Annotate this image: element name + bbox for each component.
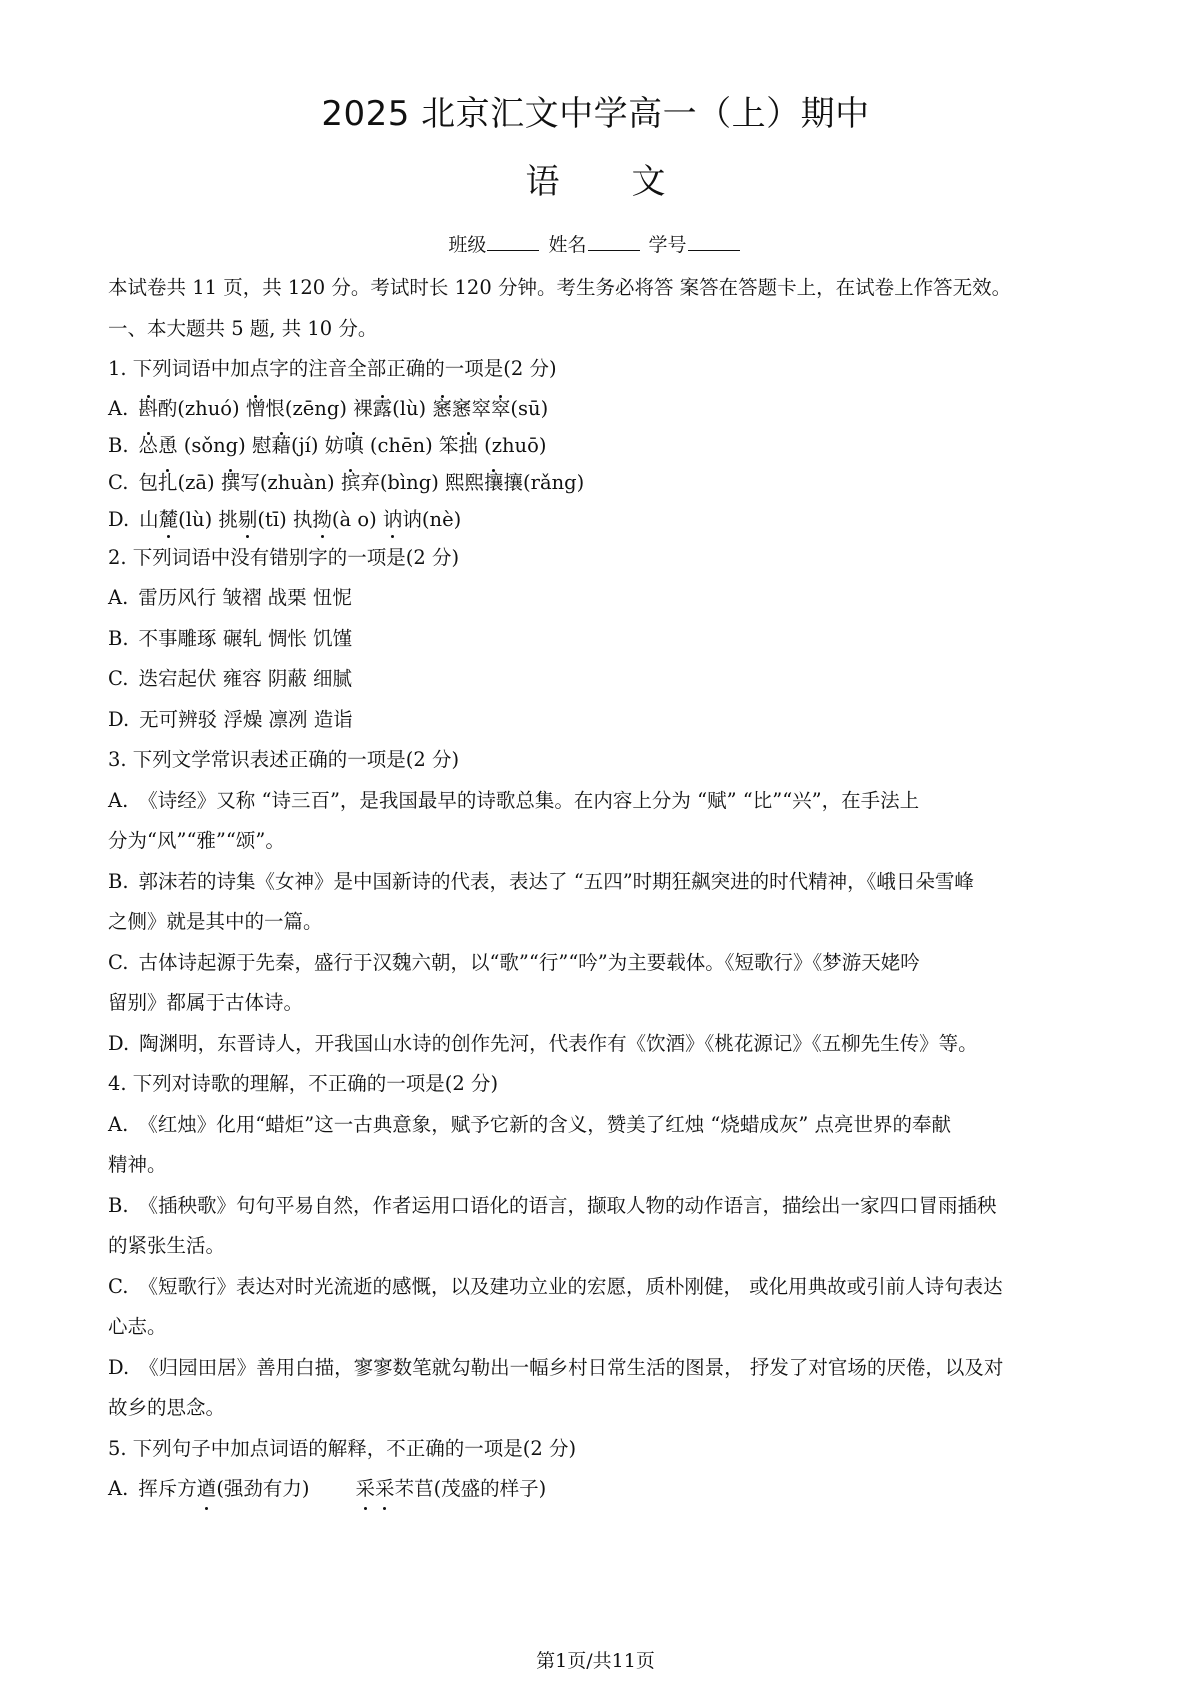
question-4-stem: 4. 下列对诗歌的理解，不正确的一项是(2 分) [108, 1064, 1083, 1105]
question-2-option-a: A.雷历风行 皱褶 战栗 忸怩 [108, 578, 1083, 619]
question-4-option-d: D.《归园田居》善用白描，寥寥数笔就勾勒出一幅乡村日常生活的图景， 抒发了对官场… [108, 1348, 1083, 1429]
class-label: 班级 [448, 234, 486, 256]
dotted-char: 窣 [491, 390, 511, 427]
exam-page: 2025 北京汇文中学高一（上）期中 语文 班级 姓名 学号 本试卷共 11 页… [0, 0, 1191, 1684]
section-heading: 一、本大题共 5 题, 共 10 分。 [108, 309, 1083, 350]
question-1-option-a: A.斟酌(zhuó) 憎恨(zēng) 裸露(lù) 窸窸窣窣(sū) [108, 390, 1083, 427]
dotted-char: 嗔 [344, 427, 364, 464]
question-4-option-b: B.《插秧歌》句句平易自然，作者运用口语化的语言，撷取人物的动作语言，描绘出一家… [108, 1186, 1083, 1267]
question-4-option-a: A.《红烛》化用“蜡炬”这一古典意象，赋予它新的含义，赞美了红烛 “烧蜡成灰” … [108, 1105, 1083, 1186]
dotted-char: 憎 [246, 390, 266, 427]
dotted-char: 采 [356, 1469, 376, 1510]
question-3-stem: 3. 下列文学常识表述正确的一项是(2 分) [108, 740, 1083, 781]
name-blank [588, 232, 640, 251]
dotted-char: 麓 [159, 501, 179, 538]
question-1-stem: 1. 下列词语中加点字的注音全部正确的一项是(2 分) [108, 349, 1083, 390]
question-3-option-c: C.古体诗起源于先秦，盛行于汉魏六朝，以“歌”“行”“吟”为主要载体。《短歌行》… [108, 943, 1083, 1024]
subject-char-1: 语 [526, 162, 560, 202]
dotted-char: 扎 [158, 464, 178, 501]
dotted-char: 怂 [139, 427, 159, 464]
dotted-char: 攘 [484, 464, 504, 501]
question-3-option-b: B.郭沫若的诗集《女神》是中国新诗的代表，表达了 “五四”时期狂飙突进的时代精神… [108, 862, 1083, 943]
dotted-char: 剔 [238, 501, 258, 538]
question-3-option-a: A.《诗经》又称 “诗三百”，是我国最早的诗歌总集。在内容上分为 “赋” “比”… [108, 781, 1083, 862]
subject-title: 语文 [0, 160, 1191, 204]
question-1-option-c: C.包扎(zā) 撰写(zhuàn) 摈弃(bìng) 熙熙攘攘(rǎng) [108, 464, 1083, 501]
question-1-option-b: B.怂恿 (sǒng) 慰藉(jí) 妨嗔 (chēn) 笨拙 (zhuō) [108, 427, 1083, 464]
dotted-char: 露 [373, 390, 393, 427]
question-4-option-c: C.《短歌行》表达对时光流逝的感慨，以及建功立业的宏愿，质朴刚健， 或化用典故或… [108, 1267, 1083, 1348]
dotted-char: 摈 [341, 464, 361, 501]
student-id-blank [688, 232, 740, 251]
exam-title: 2025 北京汇文中学高一（上）期中 [0, 92, 1191, 136]
name-label: 姓名 [548, 234, 586, 256]
student-id-label: 学号 [649, 234, 687, 256]
question-2-stem: 2. 下列词语中没有错别字的一项是(2 分) [108, 538, 1083, 579]
page-indicator: 第1页/共11页 [0, 1648, 1191, 1674]
subject-char-2: 文 [632, 162, 666, 202]
dotted-char: 采 [375, 1469, 395, 1510]
question-3-option-d: D.陶渊明，东晋诗人，开我国山水诗的创作先河，代表作有《饮酒》《桃花源记》《五柳… [108, 1024, 1083, 1065]
dotted-char: 讷 [383, 501, 403, 538]
dotted-char: 斟 [138, 390, 158, 427]
dotted-char: 窸 [432, 390, 452, 427]
class-blank [487, 232, 539, 251]
question-2-option-d: D.无可辨驳 浮燥 凛冽 造诣 [108, 700, 1083, 741]
dotted-char: 拗 [312, 501, 332, 538]
question-5-option-a: A.挥斥方遒(强劲有力)采采芣苢(茂盛的样子) [108, 1469, 1083, 1510]
question-2-option-b: B.不事雕琢 碾轧 惆怅 饥馑 [108, 619, 1083, 660]
question-5-stem: 5. 下列句子中加点词语的解释，不正确的一项是(2 分) [108, 1429, 1083, 1470]
dotted-char: 拙 [458, 427, 478, 464]
exam-body: 本试卷共 11 页，共 120 分。考试时长 120 分钟。考生务必将答 案答在… [108, 268, 1083, 1510]
student-info-fields: 班级 姓名 学号 [0, 232, 1191, 258]
question-1-option-d: D.山麓(lù) 挑剔(tī) 执拗(à o) 讷讷(nè) [108, 501, 1083, 538]
dotted-char: 撰 [221, 464, 241, 501]
question-2-option-c: C.迭宕起伏 雍容 阴蔽 细腻 [108, 659, 1083, 700]
dotted-char: 遒 [197, 1469, 217, 1510]
dotted-char: 藉 [271, 427, 291, 464]
instructions: 本试卷共 11 页，共 120 分。考试时长 120 分钟。考生务必将答 案答在… [108, 268, 1083, 309]
